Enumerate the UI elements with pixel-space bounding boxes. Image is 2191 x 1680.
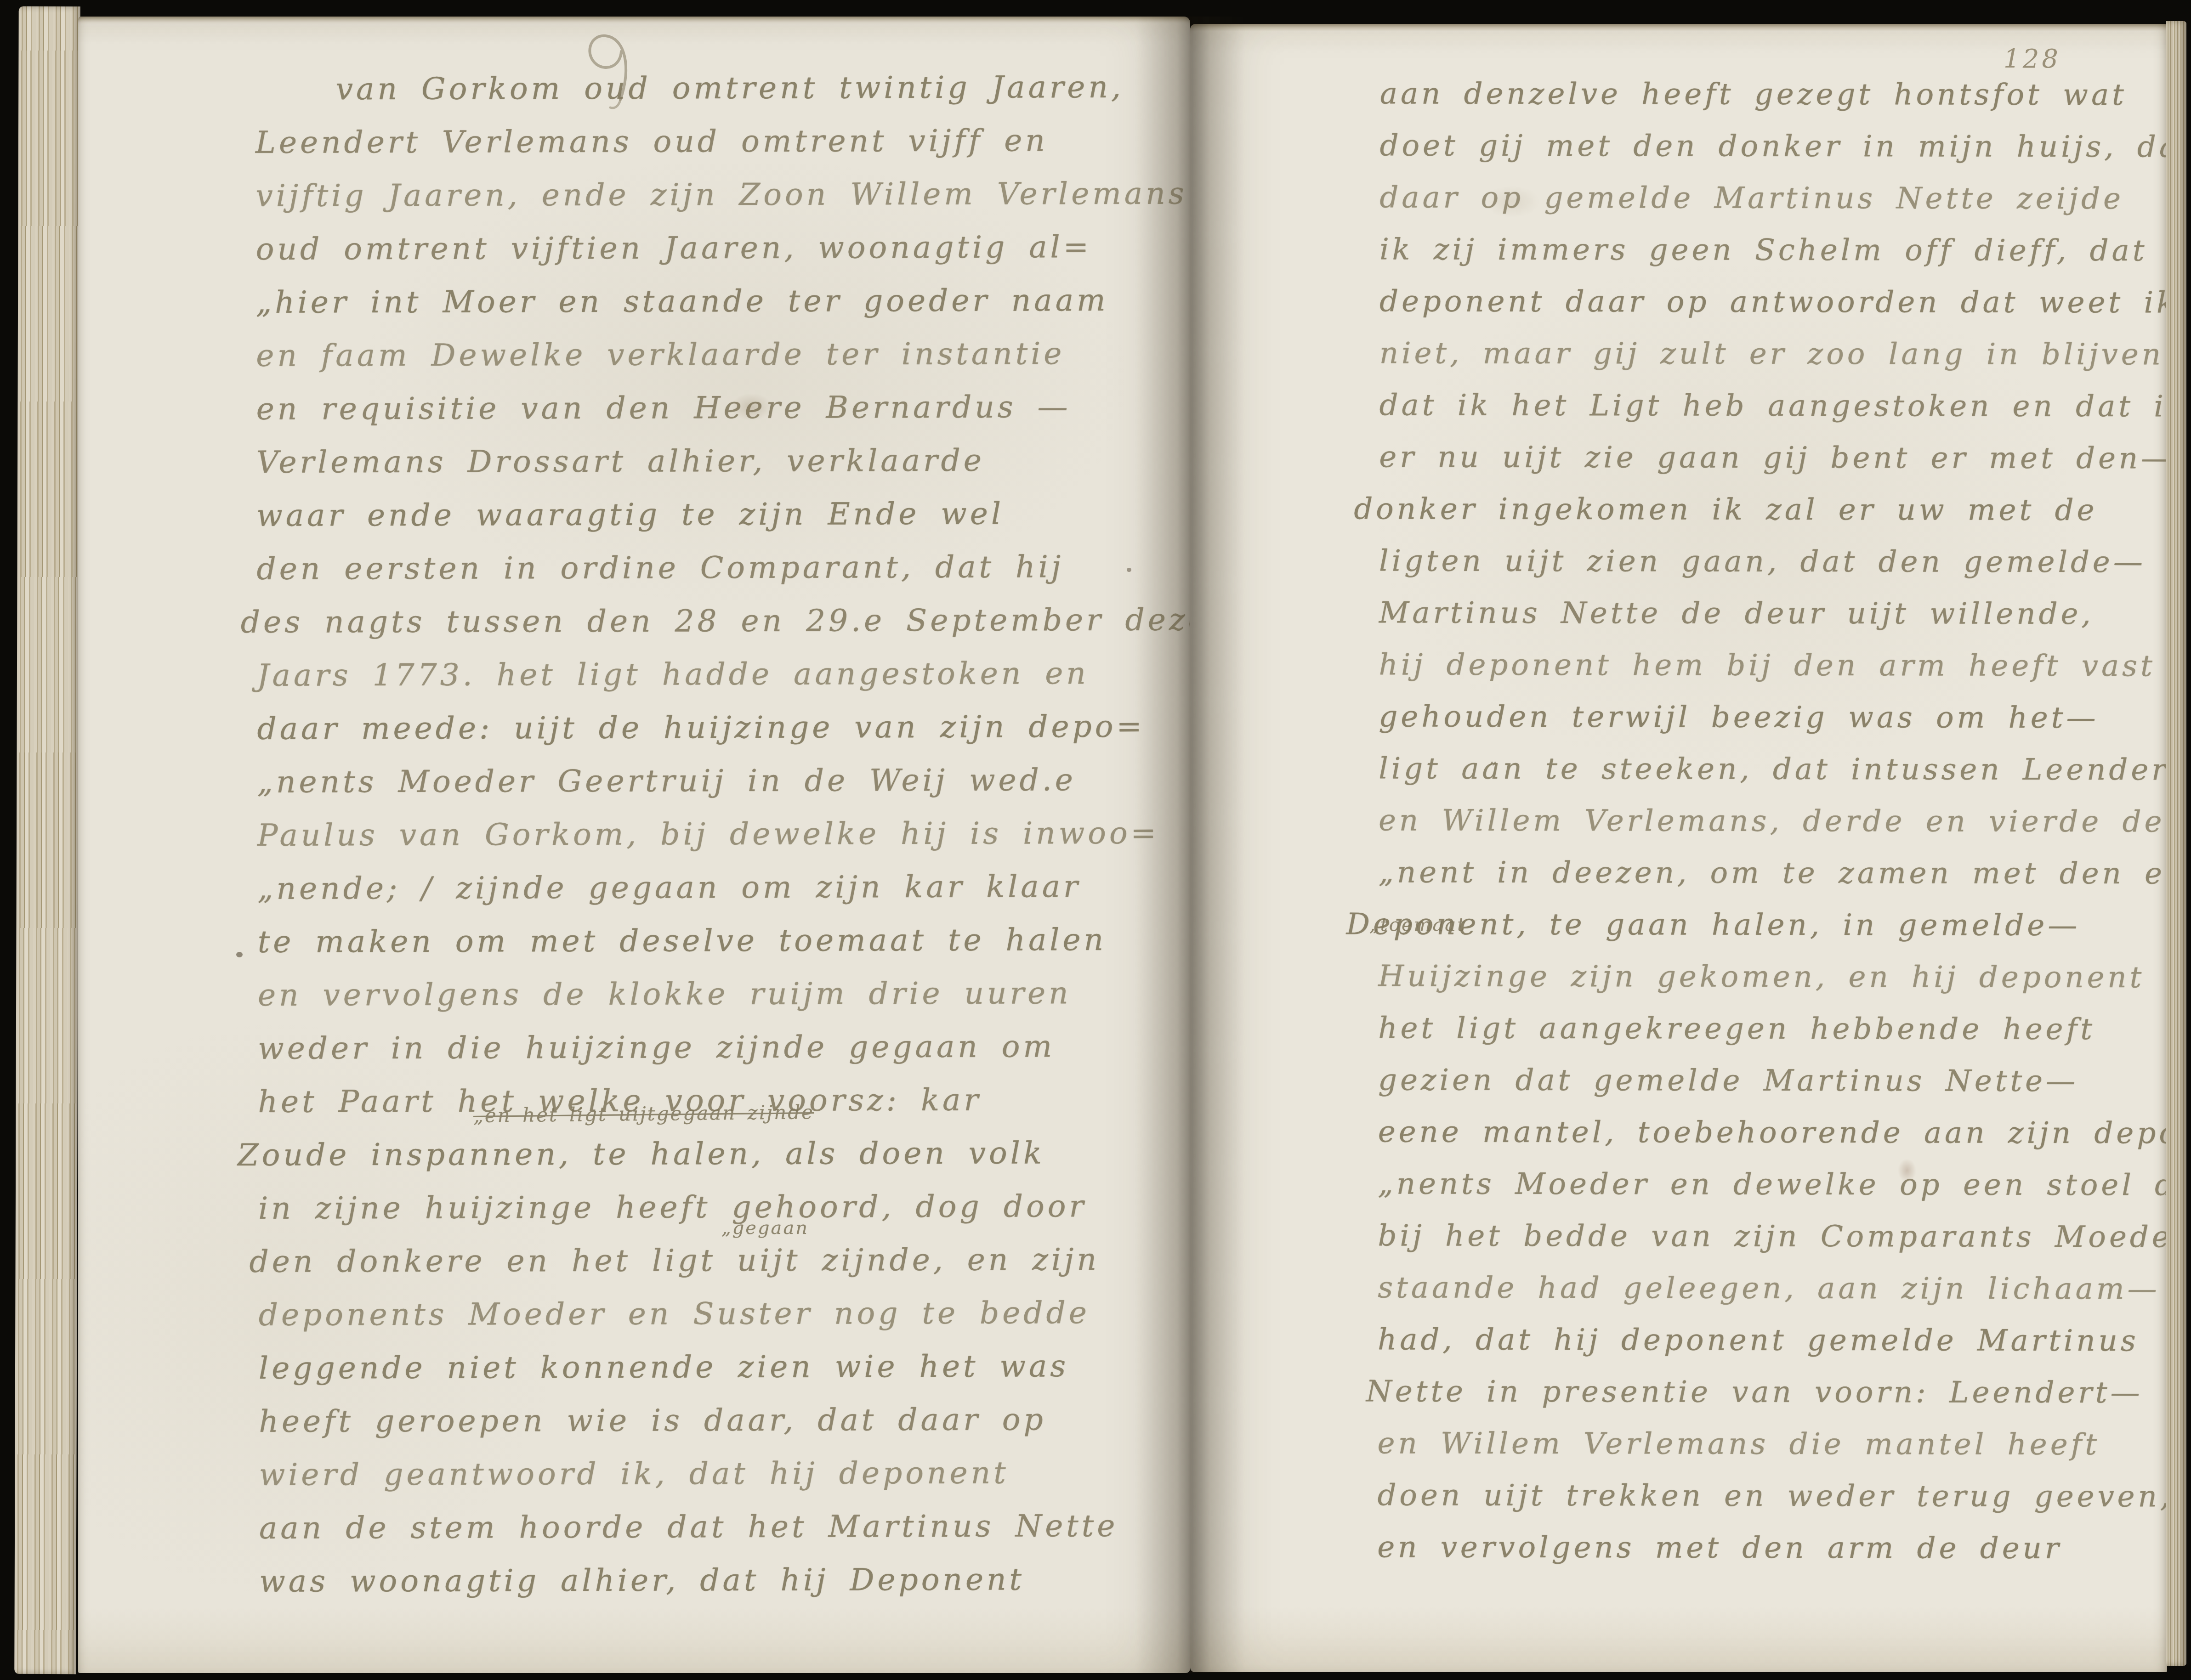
manuscript-line: deponent daar op antwoorden dat weet ik	[1379, 276, 2167, 329]
gegaan-insertion: „gegaan	[721, 1217, 809, 1239]
manuscript-line: ligten uijt zien gaan, dat den gemelde—	[1379, 535, 2167, 588]
left-page: van Gorkom oud omtrent twintig Jaaren,Le…	[78, 17, 1190, 1673]
manuscript-line: „hier int Moer en staande ter goeder naa…	[256, 273, 1190, 329]
manuscript-line: waar ende waaragtig te zijn Ende wel	[256, 486, 1190, 543]
manuscript-line: „nents Moeder en dewelke op een stoel di…	[1378, 1158, 2167, 1211]
manuscript-line: hij deponent hem bij den arm heeft vast	[1379, 639, 2167, 692]
manuscript-line: doet gij met den donker in mijn huijs, d…	[1379, 120, 2167, 173]
manuscript-line: des nagts tussen den 28 en 29.e Septembe…	[241, 593, 1190, 649]
manuscript-line: weder in die huijzinge zijnde gegaan om	[258, 1019, 1190, 1075]
manuscript-line: wierd geantwoord ik, dat hij deponent	[259, 1446, 1190, 1502]
manuscript-line: niet, maar gij zult er zoo lang in blijv…	[1379, 328, 2167, 381]
manuscript-line: er nu uijt zie gaan gij bent er met den—	[1379, 431, 2167, 485]
manuscript-line: daar meede: uijt de huijzinge van zijn d…	[257, 700, 1190, 756]
manuscript-line: Huijzinge zijn gekomen, en hij deponent	[1378, 950, 2167, 1004]
manuscript-line: Jaars 1773. het ligt hadde aangestoken e…	[257, 646, 1190, 702]
manuscript-line: „nende; / zijnde gegaan om zijn kar klaa…	[257, 860, 1190, 916]
manuscript-line: Zoude inspannen, te halen, als doen volk	[238, 1126, 1190, 1182]
manuscript-line: oud omtrent vijftien Jaaren, woonagtig a…	[256, 220, 1190, 276]
manuscript-line: had, dat hij deponent gemelde Martinus	[1378, 1314, 2167, 1367]
manuscript-line: aan de stem hoorde dat het Martinus Nett…	[259, 1499, 1190, 1555]
manuscript-line: deponents Moeder en Suster nog te bedde	[259, 1286, 1190, 1342]
manuscript-line: leggende niet konnende zien wie het was	[259, 1339, 1190, 1395]
manuscript-line: den donkere en het ligt uijt zijnde, en …	[249, 1233, 1190, 1289]
toemaat-insertion: „toemaat	[1369, 914, 1466, 935]
manuscript-line: was woonagtig alhier, dat hij Deponent	[259, 1552, 1190, 1608]
manuscript-line: en Willem Verlemans, derde en vierde dep…	[1379, 795, 2167, 848]
manuscript-line: „nents Moeder Geertruij in de Weij wed.e	[257, 753, 1190, 809]
struck-insertion: „en het ligt uijtgegaan zijnde	[473, 1101, 814, 1127]
manuscript-line: bij het bedde van zijn Comparants Moeder	[1378, 1210, 2167, 1263]
book-spread: van Gorkom oud omtrent twintig Jaaren,Le…	[0, 0, 2191, 1680]
manuscript-line: van Gorkom oud omtrent twintig Jaaren,	[336, 60, 1190, 116]
manuscript-line: Nette in presentie van voorn: Leendert—	[1366, 1366, 2167, 1419]
right-page-edges	[2166, 21, 2186, 1666]
manuscript-line: dat ik het Ligt heb aangestoken en dat i…	[1379, 379, 2167, 433]
manuscript-line: donker ingekomen ik zal er uw met de	[1354, 483, 2167, 537]
manuscript-line: te maken om met deselve toemaat te halen	[257, 913, 1190, 969]
manuscript-line: Verlemans Drossart alhier, verklaarde	[256, 433, 1190, 489]
manuscript-line: gehouden terwijl beezig was om het—	[1379, 691, 2167, 744]
manuscript-line: en faam Dewelke verklaarde ter instantie	[256, 327, 1190, 383]
manuscript-line: en vervolgens met den arm de deur	[1377, 1522, 2167, 1575]
manuscript-line: gezien dat gemelde Martinus Nette—	[1378, 1054, 2167, 1108]
manuscript-line: en vervolgens de klokke ruijm drie uuren	[258, 966, 1190, 1022]
left-page-edges	[14, 6, 80, 1674]
manuscript-line: aan denzelve heeft gezegt hontsfot wat	[1380, 68, 2167, 121]
manuscript-line: en Willem Verlemans die mantel heeft	[1378, 1418, 2167, 1471]
ink-speck	[236, 952, 243, 957]
manuscript-line: vijftig Jaaren, ende zijn Zoon Willem Ve…	[255, 167, 1190, 223]
manuscript-line: doen uijt trekken en weder terug geeven,	[1377, 1470, 2167, 1523]
manuscript-line: den eersten in ordine Comparant, dat hij	[256, 540, 1190, 596]
manuscript-line: Deponent, te gaan halen, in gemelde—	[1346, 899, 2167, 952]
manuscript-line: daar op gemelde Martinus Nette zeijde	[1379, 172, 2167, 225]
manuscript-line: „nent in deezen, om te zamen met den eer…	[1379, 847, 2167, 900]
manuscript-line: staande had geleegen, aan zijn lichaam—	[1378, 1262, 2167, 1315]
manuscript-line: heeft geroepen wie is daar, dat daar op	[259, 1392, 1190, 1448]
manuscript-line: ik zij immers geen Schelm off dieff, dat…	[1379, 224, 2167, 277]
insertion-caret-mark: „	[1489, 749, 1499, 768]
left-page-text: van Gorkom oud omtrent twintig Jaaren,Le…	[255, 60, 1190, 1608]
manuscript-line: Leendert Verlemans oud omtrent vijff en	[255, 113, 1190, 170]
manuscript-line: en requisitie van den Heere Bernardus —	[256, 380, 1190, 436]
right-page-text: aan denzelve heeft gezegt hontsfot watdo…	[1377, 68, 2167, 1575]
manuscript-line: het ligt aangekreegen hebbende heeft	[1378, 1002, 2167, 1056]
manuscript-line: Martinus Nette de deur uijt willende,	[1379, 587, 2167, 640]
manuscript-line: eene mantel, toebehoorende aan zijn depo…	[1378, 1106, 2167, 1160]
right-page: 128 aan denzelve heeft gezegt hontsfot w…	[1190, 24, 2167, 1672]
manuscript-line: Paulus van Gorkom, bij dewelke hij is in…	[257, 806, 1190, 862]
